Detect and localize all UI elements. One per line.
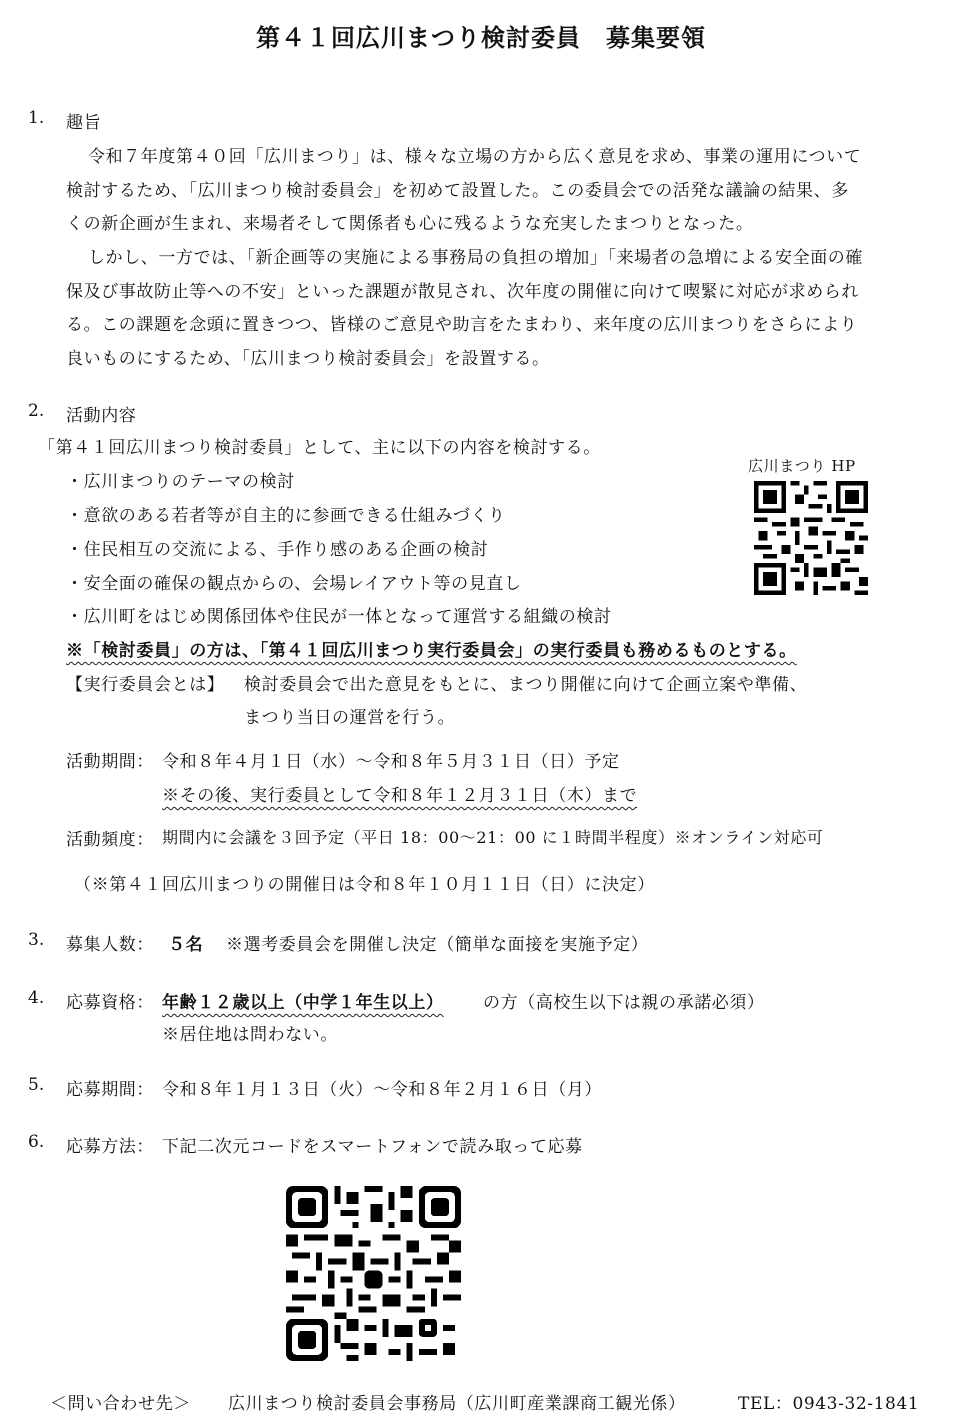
eligibility-rest: の方（高校生以下は親の承諾必須） — [483, 988, 765, 1013]
section-2-heading: 活動内容 — [66, 401, 136, 426]
activity-bullet: ・意欲のある若者等が自主的に参画できる仕組みづくり — [66, 501, 506, 526]
section-1-number: 1. — [28, 108, 44, 128]
section-1-paragraph-line: くの新企画が生まれ、来場者そして関係者も心に残るような充実したまつりとなった。 — [66, 209, 753, 234]
activity-frequency-label: 活動頻度： — [66, 825, 154, 850]
section-6-number: 6. — [28, 1132, 44, 1152]
section-2-intro: 「第４１回広川まつり検討委員」として、主に以下の内容を検討する。 — [38, 433, 601, 458]
section-3-number: 3. — [28, 930, 44, 950]
recruit-count-note: ※選考委員会を開催し決定（簡単な面接を実施予定） — [226, 930, 648, 955]
contact-organization: 広川まつり検討委員会事務局（広川町産業課商工観光係） — [228, 1389, 686, 1414]
page-title: 第４１回広川まつり検討委員 募集要領 — [0, 18, 962, 53]
application-method-value: 下記二次元コードをスマートフォンで読み取って応募 — [162, 1132, 583, 1157]
section-1-heading: 趣旨 — [66, 108, 101, 133]
section-1-paragraph-line: る。この課題を念頭に置きつつ、皆様のご意見や助言をたまわり、来年度の広川まつりを… — [66, 310, 857, 335]
application-qr-code[interactable] — [286, 1186, 461, 1361]
executive-committee-desc-line2: まつり当日の運営を行う。 — [244, 703, 455, 728]
activity-frequency-value: 期間内に会議を３回予定（平日 18：00～21：00 に１時間半程度）※オンライ… — [162, 825, 824, 848]
section-2-number: 2. — [28, 401, 44, 421]
application-period-value: 令和８年１月１３日（火）～令和８年２月１６日（月） — [162, 1075, 602, 1100]
hp-qr-label: 広川まつり HP — [748, 455, 856, 476]
executive-committee-label: 【実行委員会とは】 — [66, 670, 224, 695]
section-4-number: 4. — [28, 988, 44, 1008]
section-1-paragraph-line: 保及び事故防止等への不安」といった課題が散見され、次年度の開催に向けて喫緊に対応… — [66, 277, 859, 302]
recruit-count-value: ５名 — [168, 930, 203, 955]
hp-qr-code[interactable] — [754, 481, 868, 595]
executive-committee-note: ※「検討委員」の方は、「第４１回広川まつり実行委員会」の実行委員も務めるものとす… — [66, 636, 797, 661]
contact-phone: TEL：0943-32-1841 — [738, 1389, 919, 1414]
activity-period-value: 令和８年４月１日（水）～令和８年５月３１日（日）予定 — [162, 747, 620, 772]
activity-bullet: ・住民相互の交流による、手作り感のある企画の検討 — [66, 535, 488, 560]
section-1-paragraph-line: 良いものにするため、「広川まつり検討委員会」を設置する。 — [66, 344, 550, 369]
section-1-paragraph-line: 令和７年度第４０回「広川まつり」は、様々な立場の方から広く意見を求め、事業の運用… — [88, 142, 861, 167]
section-1-paragraph-line: 検討するため、「広川まつり検討委員会」を初めて設置した。この委員会での活発な議論… — [66, 176, 849, 201]
activity-period-label: 活動期間： — [66, 747, 154, 772]
application-method-label: 応募方法： — [66, 1132, 154, 1157]
application-period-label: 応募期間： — [66, 1075, 154, 1100]
recruit-count-label: 募集人数： — [66, 930, 154, 955]
eligibility-note: ※居住地は問わない。 — [162, 1020, 338, 1045]
section-5-number: 5. — [28, 1075, 44, 1095]
festival-date-note: （※第４１回広川まつりの開催日は令和８年１０月１１日（日）に決定） — [74, 870, 655, 895]
executive-committee-desc-line1: 検討委員会で出た意見をもとに、まつり開催に向けて企画立案や準備、 — [244, 670, 807, 695]
eligibility-label: 応募資格： — [66, 988, 154, 1013]
activity-bullet: ・安全面の確保の観点からの、会場レイアウト等の見直し — [66, 569, 522, 594]
activity-period-note: ※その後、実行委員として令和８年１２月３１日（木）まで — [162, 781, 637, 806]
eligibility-emphasis: 年齢１２歳以上（中学１年生以上） — [162, 988, 444, 1013]
activity-bullet: ・広川町をはじめ関係団体や住民が一体となって運営する組織の検討 — [66, 602, 612, 627]
section-1-paragraph-line: しかし、一方では、「新企画等の実施による事務局の負担の増加」「来場者の急増による… — [88, 243, 863, 268]
activity-bullet: ・広川まつりのテーマの検討 — [66, 467, 295, 492]
contact-label: ＜問い合わせ先＞ — [50, 1389, 191, 1414]
